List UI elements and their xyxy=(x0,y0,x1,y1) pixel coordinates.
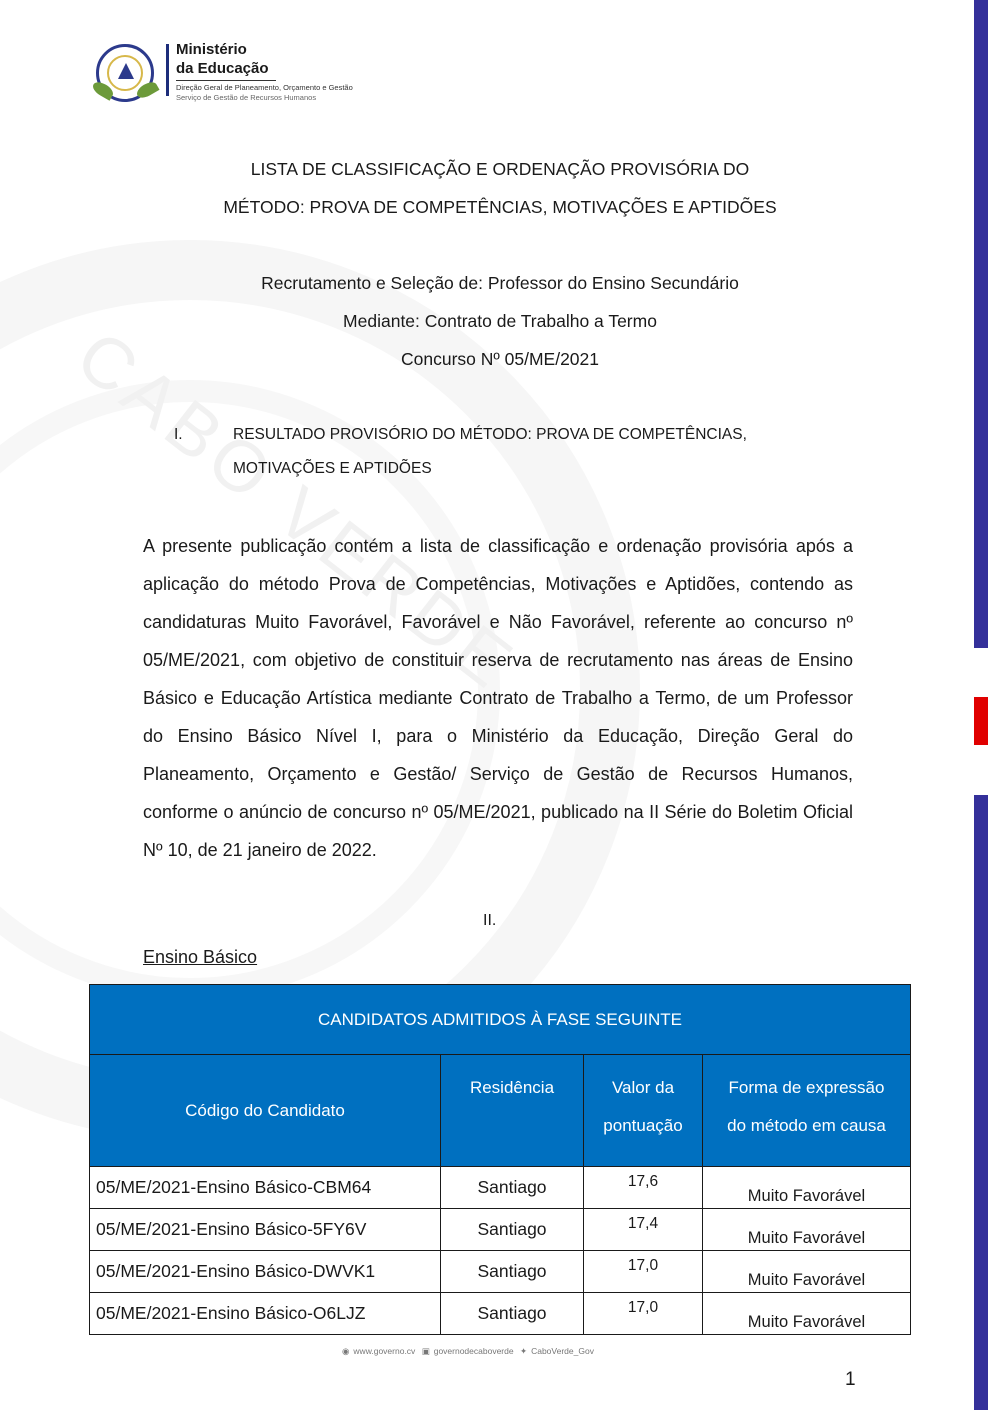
twitter-link[interactable]: CaboVerde_Gov xyxy=(531,1346,594,1356)
column-header-residence: Residência xyxy=(441,1055,584,1167)
column-header-form-line2: do método em causa xyxy=(727,1116,886,1135)
globe-icon: ◉ xyxy=(342,1346,349,1356)
candidate-score: 17,0 xyxy=(584,1293,703,1335)
ministry-name-line2: da Educação xyxy=(176,60,269,77)
page-number: 1 xyxy=(845,1369,856,1391)
candidate-code: 05/ME/2021-Ensino Básico-5FY6V xyxy=(90,1209,441,1251)
logo-underline xyxy=(176,80,276,81)
table-row: 05/ME/2021-Ensino Básico-5FY6V Santiago … xyxy=(90,1209,911,1251)
page-footer: ◉www.governo.cv ▣governodecaboverde ✦Cab… xyxy=(342,1346,598,1357)
column-header-score-line1: Valor da xyxy=(612,1078,674,1097)
ministry-logo: Ministério da Educação Direção Geral de … xyxy=(90,40,390,112)
facebook-link[interactable]: governodecaboverde xyxy=(434,1346,514,1356)
flag-stripe-blue-bottom xyxy=(974,795,988,1410)
column-header-score: Valor da pontuação xyxy=(584,1055,703,1167)
candidate-residence: Santiago xyxy=(441,1209,584,1251)
table-row: 05/ME/2021-Ensino Básico-DWVK1 Santiago … xyxy=(90,1251,911,1293)
flag-stripe-red xyxy=(974,697,988,745)
candidate-result: Muito Favorável xyxy=(703,1251,911,1293)
column-header-score-line2: pontuação xyxy=(603,1116,682,1135)
title-line-2: MÉTODO: PROVA DE COMPETÊNCIAS, MOTIVAÇÕE… xyxy=(0,197,1000,218)
title-line-1: LISTA DE CLASSIFICAÇÃO E ORDENAÇÃO PROVI… xyxy=(0,159,1000,180)
column-header-form: Forma de expressão do método em causa xyxy=(703,1055,911,1167)
competition-line: Concurso Nº 05/ME/2021 xyxy=(0,349,1000,370)
candidate-code: 05/ME/2021-Ensino Básico-CBM64 xyxy=(90,1167,441,1209)
section-1-number: I. xyxy=(174,426,183,444)
website-link[interactable]: www.governo.cv xyxy=(353,1346,415,1356)
candidate-score: 17,4 xyxy=(584,1209,703,1251)
table-title-row: CANDIDATOS ADMITIDOS À FASE SEGUINTE xyxy=(90,985,911,1055)
candidate-residence: Santiago xyxy=(441,1251,584,1293)
table-row: 05/ME/2021-Ensino Básico-CBM64 Santiago … xyxy=(90,1167,911,1209)
directorate-name: Direção Geral de Planeamento, Orçamento … xyxy=(176,83,353,92)
candidate-score: 17,0 xyxy=(584,1251,703,1293)
candidate-result: Muito Favorável xyxy=(703,1167,911,1209)
candidate-code: 05/ME/2021-Ensino Básico-DWVK1 xyxy=(90,1251,441,1293)
candidate-score: 17,6 xyxy=(584,1167,703,1209)
area-heading: Ensino Básico xyxy=(143,947,257,968)
recruitment-line: Recrutamento e Seleção de: Professor do … xyxy=(0,273,1000,294)
logo-divider xyxy=(166,44,169,96)
column-header-form-line1: Forma de expressão xyxy=(729,1078,885,1097)
column-header-code: Código do Candidato xyxy=(90,1055,441,1167)
service-name: Serviço de Gestão de Recursos Humanos xyxy=(176,93,316,102)
facebook-icon: ▣ xyxy=(422,1346,430,1356)
table-title: CANDIDATOS ADMITIDOS À FASE SEGUINTE xyxy=(90,985,911,1055)
candidate-result: Muito Favorável xyxy=(703,1209,911,1251)
section-1-heading-line1: RESULTADO PROVISÓRIO DO MÉTODO: PROVA DE… xyxy=(233,426,747,444)
ministry-name-line1: Ministério xyxy=(176,41,247,58)
intro-paragraph: A presente publicação contém a lista de … xyxy=(143,527,853,869)
candidate-result: Muito Favorável xyxy=(703,1293,911,1335)
table-row: 05/ME/2021-Ensino Básico-O6LJZ Santiago … xyxy=(90,1293,911,1335)
candidates-table: CANDIDATOS ADMITIDOS À FASE SEGUINTE Cód… xyxy=(89,984,911,1335)
candidate-code: 05/ME/2021-Ensino Básico-O6LJZ xyxy=(90,1293,441,1335)
section-1-heading-line2: MOTIVAÇÕES E APTIDÕES xyxy=(233,460,432,478)
twitter-icon: ✦ xyxy=(520,1346,527,1356)
candidate-residence: Santiago xyxy=(441,1167,584,1209)
candidate-residence: Santiago xyxy=(441,1293,584,1335)
contract-line: Mediante: Contrato de Trabalho a Termo xyxy=(0,311,1000,332)
table-header-row: Código do Candidato Residência Valor da … xyxy=(90,1055,911,1167)
section-2-number: II. xyxy=(483,912,496,930)
